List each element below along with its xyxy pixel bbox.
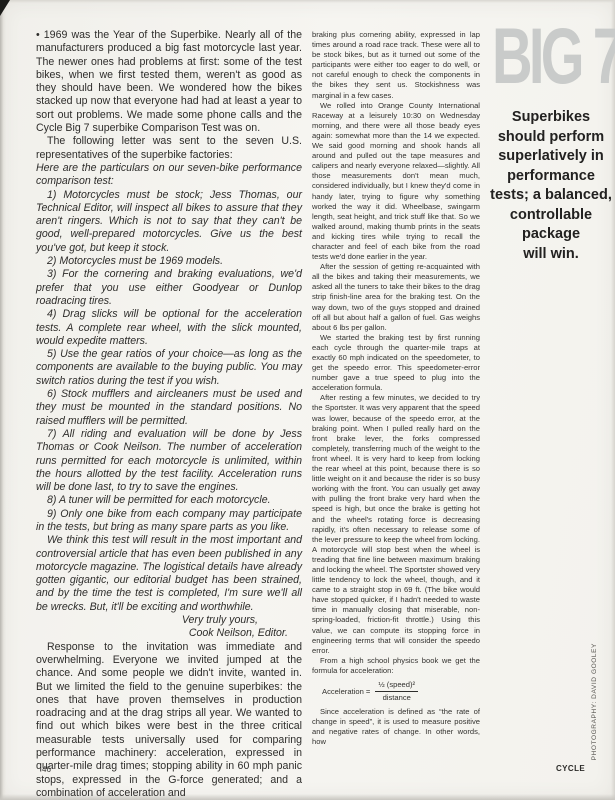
pull-quote: Superbikesshould performsuperlatively in… — [489, 108, 613, 264]
article-paragraph: • 1969 was the Year of the Superbike. Ne… — [36, 29, 302, 135]
article-paragraph: Very truly yours, — [36, 614, 302, 627]
article-paragraph: 3) For the cornering and braking evaluat… — [36, 268, 302, 308]
article-paragraph: Since acceleration is defined as “the ra… — [312, 707, 480, 747]
pull-quote-line: tests; a balanced, — [489, 186, 613, 206]
pull-quote-line: should perform — [489, 128, 613, 148]
photo-credit: PHOTOGRAPHY: DAVID GOOLEY — [591, 643, 598, 760]
magazine-page: • 1969 was the Year of the Superbike. Ne… — [0, 0, 615, 800]
article-paragraph: braking plus cornering ability, expresse… — [312, 30, 480, 101]
article-paragraph: We started the braking test by first run… — [312, 333, 480, 394]
acceleration-formula: Acceleration =½ (speed)²distance — [322, 680, 480, 703]
scan-edge-left — [0, 0, 6, 800]
article-paragraph: The following letter was sent to the sev… — [36, 135, 302, 162]
left-text-column: • 1969 was the Year of the Superbike. Ne… — [36, 29, 302, 800]
big7-logo: BIG 7 — [489, 16, 581, 97]
article-paragraph: We think this test will result in the mo… — [36, 534, 302, 614]
article-paragraph: 9) Only one bike from each company may p… — [36, 508, 302, 535]
pull-quote-line: will win. — [489, 245, 613, 265]
pull-quote-line: superlatively in — [489, 147, 613, 167]
article-paragraph: After resting a few minutes, we decided … — [312, 393, 480, 655]
pull-quote-line: performance — [489, 167, 613, 187]
pull-quote-line: controllable — [489, 206, 613, 226]
article-paragraph: 7) All riding and evaluation will be don… — [36, 428, 302, 494]
article-paragraph: From a high school physics book we get t… — [312, 656, 480, 676]
article-paragraph: 4) Drag slicks will be optional for the … — [36, 308, 302, 348]
article-paragraph: 2) Motorcycles must be 1969 models. — [36, 255, 302, 268]
article-paragraph: Here are the particulars on our seven-bi… — [36, 162, 302, 189]
article-paragraph: 8) A tuner will be permitted for each mo… — [36, 494, 302, 507]
article-paragraph: Response to the invitation was immediate… — [36, 641, 302, 800]
article-paragraph: 5) Use the gear ratios of your choice—as… — [36, 348, 302, 388]
article-paragraph: 1) Motorcycles must be stock; Jess Thoma… — [36, 189, 302, 255]
magazine-name: CYCLE — [556, 764, 585, 773]
pull-quote-line: Superbikes — [489, 108, 613, 128]
article-paragraph: After the session of getting re-acquaint… — [312, 262, 480, 333]
pull-quote-line: package — [489, 225, 613, 245]
article-paragraph: We rolled into Orange County Internation… — [312, 101, 480, 263]
article-paragraph: 6) Stock mufflers and aircleaners must b… — [36, 388, 302, 428]
scan-edge-top — [0, 0, 615, 3]
article-paragraph: Cook Neilson, Editor. — [36, 627, 302, 640]
right-text-column: braking plus cornering ability, expresse… — [312, 30, 480, 748]
sidebar: BIG 7 Superbikesshould performsuperlativ… — [489, 18, 613, 264]
page-number: 46 — [42, 765, 51, 774]
